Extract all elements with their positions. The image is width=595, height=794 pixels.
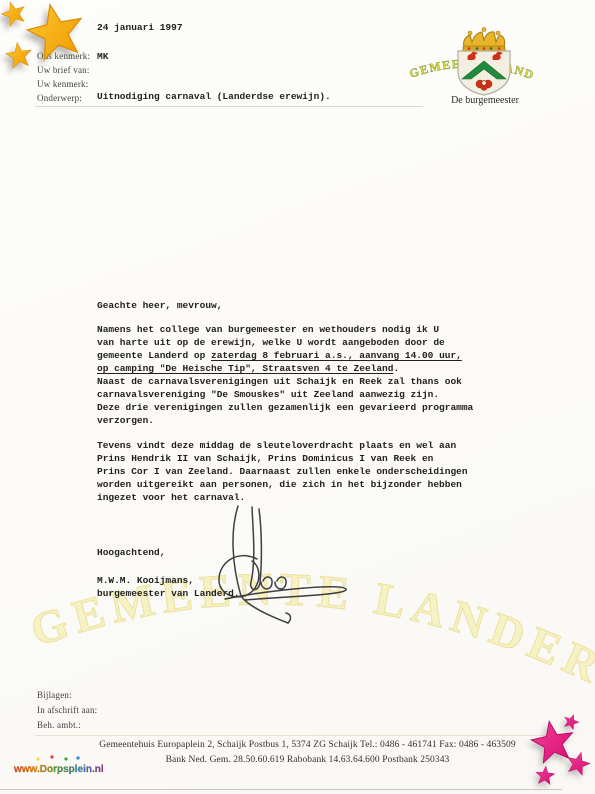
para2-line: worden uitgereikt aan personen, die zich… <box>97 478 468 491</box>
para2-line: Tevens vindt deze middag de sleuteloverd… <box>97 439 468 452</box>
star-icon <box>23 0 88 62</box>
orange-stars-decoration <box>0 0 122 92</box>
para2-line: Prins Cor I van Zeeland. Daarnaast zulle… <box>97 465 468 478</box>
footer-address: Gemeentehuis Europaplein 2, Schaijk Post… <box>35 740 580 750</box>
star-icon <box>562 712 581 731</box>
para1-line: verzorgen. <box>97 414 473 427</box>
crown-icon <box>463 28 505 52</box>
afschrift-label: In afschrift aan: <box>37 705 97 715</box>
closing-greeting: Hoogachtend, <box>97 546 165 559</box>
para1-line: Naast de carnavalsverenigingen uit Schai… <box>97 375 473 388</box>
paragraph-1: Namens het college van burgemeester en w… <box>97 323 473 427</box>
onderwerp-label: Onderwerp: <box>37 93 82 103</box>
para1-line: carnavalsvereniging "De Smouskes" uit Ze… <box>97 388 473 401</box>
underlined-location-info: op camping "De Heische Tip", Straatsven … <box>97 363 393 374</box>
footer-banks: Bank Ned. Gem. 28.50.60.619 Rabobank 14.… <box>35 755 580 765</box>
footer-rule <box>35 735 563 736</box>
para2-line: Prins Hendrik II van Schaijk, Prins Domi… <box>97 452 468 465</box>
para1-line: van harte uit op de erewijn, welke U wor… <box>97 336 473 349</box>
scan-edge-line <box>0 789 562 790</box>
shield-icon <box>458 51 510 95</box>
sender-role: De burgemeester <box>430 95 540 106</box>
landerd-coat-of-arms <box>448 26 520 98</box>
beh-ambt-label: Beh. ambt.: <box>37 720 81 730</box>
star-icon <box>535 765 556 785</box>
onderwerp-value: Uitnodiging carnaval (Landerdse erewijn)… <box>97 90 331 103</box>
salutation: Geachte heer, mevrouw, <box>97 299 222 312</box>
star-icon <box>564 749 592 776</box>
para1-line: Deze drie verenigingen zullen gezamenlij… <box>97 401 473 414</box>
underlined-date-info: zaterdag 8 februari a.s., aanvang 14.00 … <box>211 350 462 361</box>
signature-ink <box>205 503 365 633</box>
para1-line: op camping "De Heische Tip", Straatsven … <box>97 362 473 375</box>
star-icon <box>4 41 33 69</box>
bijlagen-label: Bijlagen: <box>37 690 72 700</box>
closing-name: M.W.M. Kooijmans, <box>97 574 194 587</box>
scrapbook-website-logo: www.Dorpsplein.nl <box>8 752 103 782</box>
header-rule <box>35 106 423 107</box>
para1-line: Namens het college van burgemeester en w… <box>97 323 473 336</box>
para1-line: gemeente Landerd op zaterdag 8 februari … <box>97 349 473 362</box>
pink-stars-decoration <box>515 700 595 794</box>
star-icon <box>0 0 28 27</box>
scrapbook-logo-text: www.Dorpsplein.nl <box>13 764 103 775</box>
paragraph-2: Tevens vindt deze middag de sleuteloverd… <box>97 439 468 504</box>
scanned-letter-page: GEMEENTE LANDERD GEMEENTE LANDERD <box>0 0 595 794</box>
